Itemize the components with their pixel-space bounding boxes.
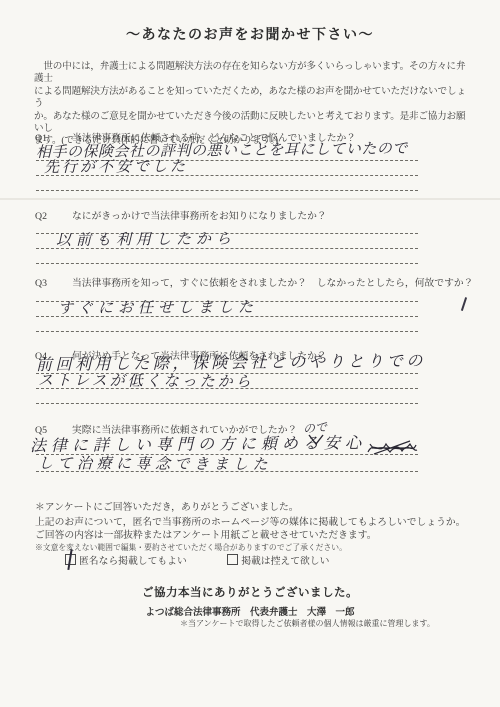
section-divider: [0, 198, 500, 200]
publish-request: 上記のお声について，匿名で当事務所のホームページ等の媒体に掲載してもよろしいでし…: [35, 514, 475, 528]
handwritten-answer: 以前も利用したから: [56, 227, 236, 250]
handwritten-answer: して治療に専念できました: [38, 452, 272, 474]
checkbox-decline-publish: 掲載は控えて欲しい: [227, 553, 329, 567]
answer-line: 以前も利用したから: [36, 234, 418, 249]
answer-line: 先行が不安でした: [36, 161, 418, 176]
stray-pen-mark: [461, 297, 467, 311]
handwritten-answer: 先行が不安でした: [44, 155, 188, 177]
publish-detail: ご回答の内容は一部抜粋またはアンケート用紙ごと載せさせていただきます。: [35, 527, 475, 541]
answer-line: [36, 249, 418, 264]
edit-note: ※文意を変えない範囲で編集・要約させていただく場合がありますのでご了承ください。: [35, 542, 475, 553]
thanks-note: ＊アンケートにご回答いただき，ありがとうございました。: [35, 499, 475, 513]
answer-line: すぐにお任せしました: [36, 302, 418, 317]
answer-area-q5: 法律に詳しい専門の方に頼める安心 して治療に専念できました: [36, 438, 418, 472]
answer-line: [36, 176, 418, 191]
scribble-strikeout-icon: [366, 438, 418, 458]
answer-line: ストレスが低くなったから: [36, 374, 418, 389]
closing-message: ご協力本当にありがとうございました。: [0, 584, 500, 600]
answer-area-q2: 以前も利用したから: [36, 219, 418, 264]
office-signature: よつば総合法律事務所 代表弁護士 大澤 一郎: [0, 604, 500, 618]
checkbox-icon: [227, 554, 238, 565]
answer-area-q3: すぐにお任せしました: [36, 287, 418, 332]
handwritten-answer: すぐにお任せしました: [58, 296, 258, 318]
consent-options: 匿名なら掲載してもよい 掲載は控えて欲しい: [65, 553, 367, 567]
answer-area-q4: 前回利用した際，保険会社とのやりとりでの ストレスが低くなったから: [36, 359, 418, 404]
checkbox-icon: [65, 554, 76, 565]
answer-line: して治療に専念できました: [36, 455, 418, 472]
answer-line: [36, 317, 418, 332]
privacy-note: ＊当アンケートで取得したご依頼者様の個人情報は厳重に管理します。: [180, 618, 435, 629]
checkbox-label: 匿名なら掲載してもよい: [79, 556, 187, 567]
check-mark-icon: [67, 549, 72, 570]
checkbox-anonymous-ok: 匿名なら掲載してもよい: [65, 553, 187, 567]
answer-area-q1: 相手の保険会社の評判の悪いことを耳にしていたので 先行が不安でした: [36, 146, 418, 191]
page-title: 〜あなたのお声をお聞かせ下さい〜: [0, 24, 500, 44]
answer-line: [36, 389, 418, 404]
checkbox-label: 掲載は控えて欲しい: [241, 556, 329, 567]
questionnaire-sheet: 〜あなたのお声をお聞かせ下さい〜 世の中には，弁護士による問題解決方法の存在を知…: [0, 0, 500, 707]
